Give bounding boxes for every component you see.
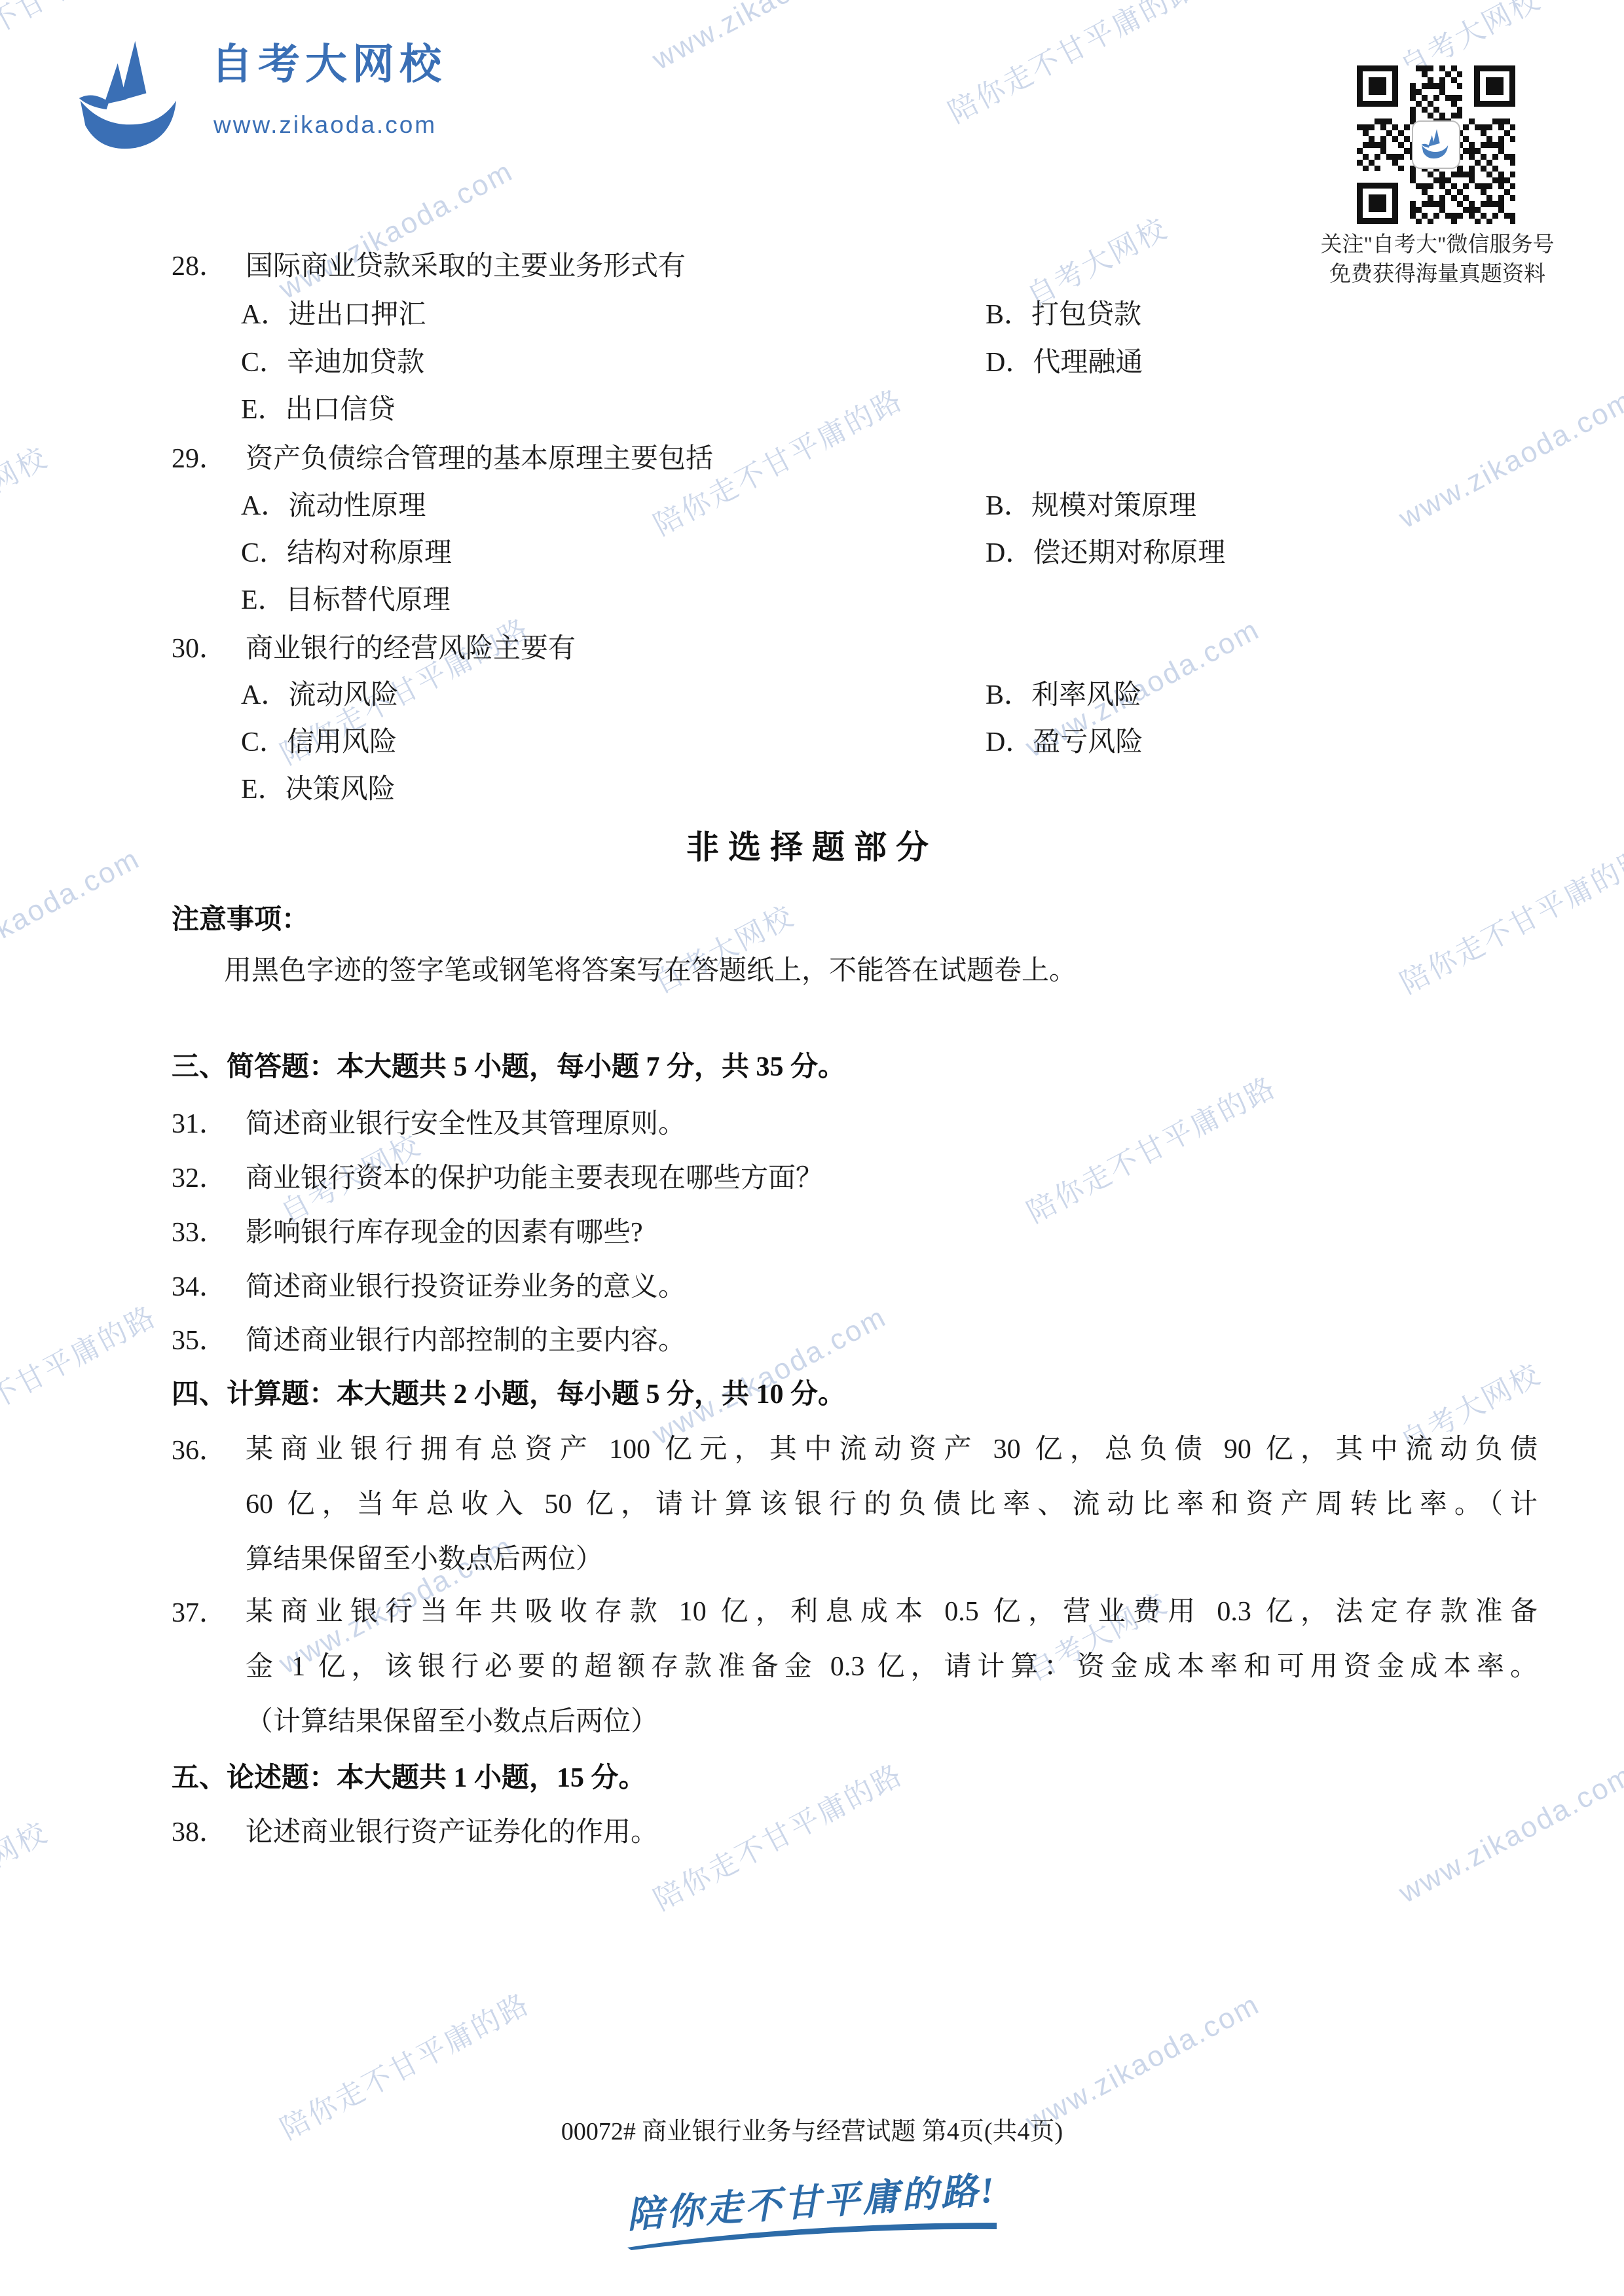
- question-stem: 29．资产负债综合管理的基本原理主要包括: [172, 443, 713, 475]
- qr-caption-line2: 免费获得海量真题资料: [1300, 260, 1575, 289]
- section-heading: 五、论述题：本大题共 1 小题，15 分。: [172, 1762, 646, 1795]
- brand-name: 自考大网校: [211, 43, 447, 85]
- item-text: 影响银行库存现金的因素有哪些?: [246, 1218, 643, 1248]
- question-item: 37． 某商业银行当年共吸收存款 10 亿，利息成本 0.5 亿，营业费用 0.…: [172, 1584, 1538, 1749]
- item-text: 商业银行资本的保护功能主要表现在哪些方面？: [246, 1163, 823, 1194]
- section-heading: 三、简答题：本大题共 5 小题，每小题 7 分，共 35 分。: [172, 1051, 845, 1084]
- option-a: A．流动性原理: [241, 490, 426, 522]
- section-heading: 四、计算题：本大题共 2 小题，每小题 5 分，共 10 分。: [172, 1378, 845, 1411]
- question-line: （计算结果保留至小数点后两位）: [246, 1694, 1538, 1749]
- notice-body: 用黑色字迹的签字笔或钢笔将答案写在答题纸上，不能答在试题卷上。: [224, 955, 1077, 987]
- question-item: 32．商业银行资本的保护功能主要表现在哪些方面？: [172, 1162, 823, 1195]
- logo-bird-icon: [65, 36, 200, 160]
- option-e: E．决策风险: [241, 773, 396, 806]
- footer-page-info: 00072# 商业银行业务与经营试题 第4页(共4页): [0, 2111, 1624, 2147]
- question-line: 某商业银行拥有总资产 100 亿元，其中流动资产 30 亿，总负债 90 亿，其…: [246, 1422, 1538, 1477]
- option-c: C．信用风险: [241, 726, 397, 759]
- option-b: B．利率风险: [986, 679, 1141, 712]
- question-line: 算结果保留至小数点后两位）: [246, 1532, 1538, 1587]
- option-d: D．偿还期对称原理: [986, 537, 1225, 570]
- qr-caption-line1: 关注"自考大"微信服务号: [1300, 230, 1575, 260]
- question-line: 某商业银行当年共吸收存款 10 亿，利息成本 0.5 亿，营业费用 0.3 亿，…: [246, 1584, 1538, 1639]
- question-number: 29．: [172, 443, 246, 475]
- brand-url: www.zikaoda.com: [213, 113, 437, 137]
- question-item: 38．论述商业银行资产证券化的作用。: [172, 1816, 658, 1849]
- question-item: 36． 某商业银行拥有总资产 100 亿元，其中流动资产 30 亿，总负债 90…: [172, 1422, 1538, 1587]
- item-number: 32．: [172, 1162, 246, 1195]
- option-b: B．打包贷款: [986, 299, 1141, 331]
- item-number: 35．: [172, 1324, 246, 1357]
- option-c: C．辛迪加贷款: [241, 346, 424, 379]
- item-number: 36．: [172, 1429, 246, 1468]
- item-text: 论述商业银行资产证券化的作用。: [246, 1817, 658, 1848]
- question-stem: 28．国际商业贷款采取的主要业务形式有: [172, 250, 686, 283]
- question-line: 金 1 亿，该银行必要的超额存款准备金 0.3 亿，请计算：资金成本率和可用资金…: [246, 1639, 1538, 1694]
- question-item: 35．简述商业银行内部控制的主要内容。: [172, 1324, 686, 1357]
- question-stem: 30．商业银行的经营风险主要有: [172, 632, 576, 665]
- option-d: D．代理融通: [986, 346, 1143, 379]
- qr-code: [1357, 65, 1515, 224]
- option-c: C．结构对称原理: [241, 537, 452, 570]
- item-number: 34．: [172, 1271, 246, 1303]
- option-e: E．目标替代原理: [241, 584, 451, 617]
- item-text: 简述商业银行安全性及其管理原则。: [246, 1109, 686, 1139]
- option-e: E．出口信贷: [241, 393, 396, 426]
- option-d: D．盈亏风险: [986, 726, 1143, 759]
- question-item: 34．简述商业银行投资证券业务的意义。: [172, 1271, 686, 1303]
- exam-page: 陪你走不甘平庸的路 www.zikaoda.com 自考大网校 陪你走不甘平庸的…: [0, 0, 1624, 2296]
- question-number: 28．: [172, 250, 246, 283]
- question-number: 30．: [172, 632, 246, 665]
- item-number: 31．: [172, 1108, 246, 1140]
- item-text: 简述商业银行投资证券业务的意义。: [246, 1272, 686, 1302]
- option-b: B．规模对策原理: [986, 490, 1196, 522]
- question-item: 31．简述商业银行安全性及其管理原则。: [172, 1108, 686, 1140]
- item-number: 33．: [172, 1216, 246, 1249]
- question-line: 60 亿，当年总收入 50 亿，请计算该银行的负债比率、流动比率和资产周转比率。…: [246, 1477, 1538, 1532]
- option-a: A．流动风险: [241, 679, 398, 712]
- item-number: 38．: [172, 1816, 246, 1849]
- footer-slogan: 陪你走不甘平庸的路!: [583, 2183, 1041, 2250]
- section-title: 非选择题部分: [0, 821, 1624, 868]
- option-a: A．进出口押汇: [241, 299, 426, 331]
- notice-heading: 注意事项：: [172, 903, 309, 936]
- item-number: 37．: [172, 1591, 246, 1630]
- item-text: 简述商业银行内部控制的主要内容。: [246, 1326, 686, 1356]
- question-item: 33．影响银行库存现金的因素有哪些?: [172, 1216, 643, 1249]
